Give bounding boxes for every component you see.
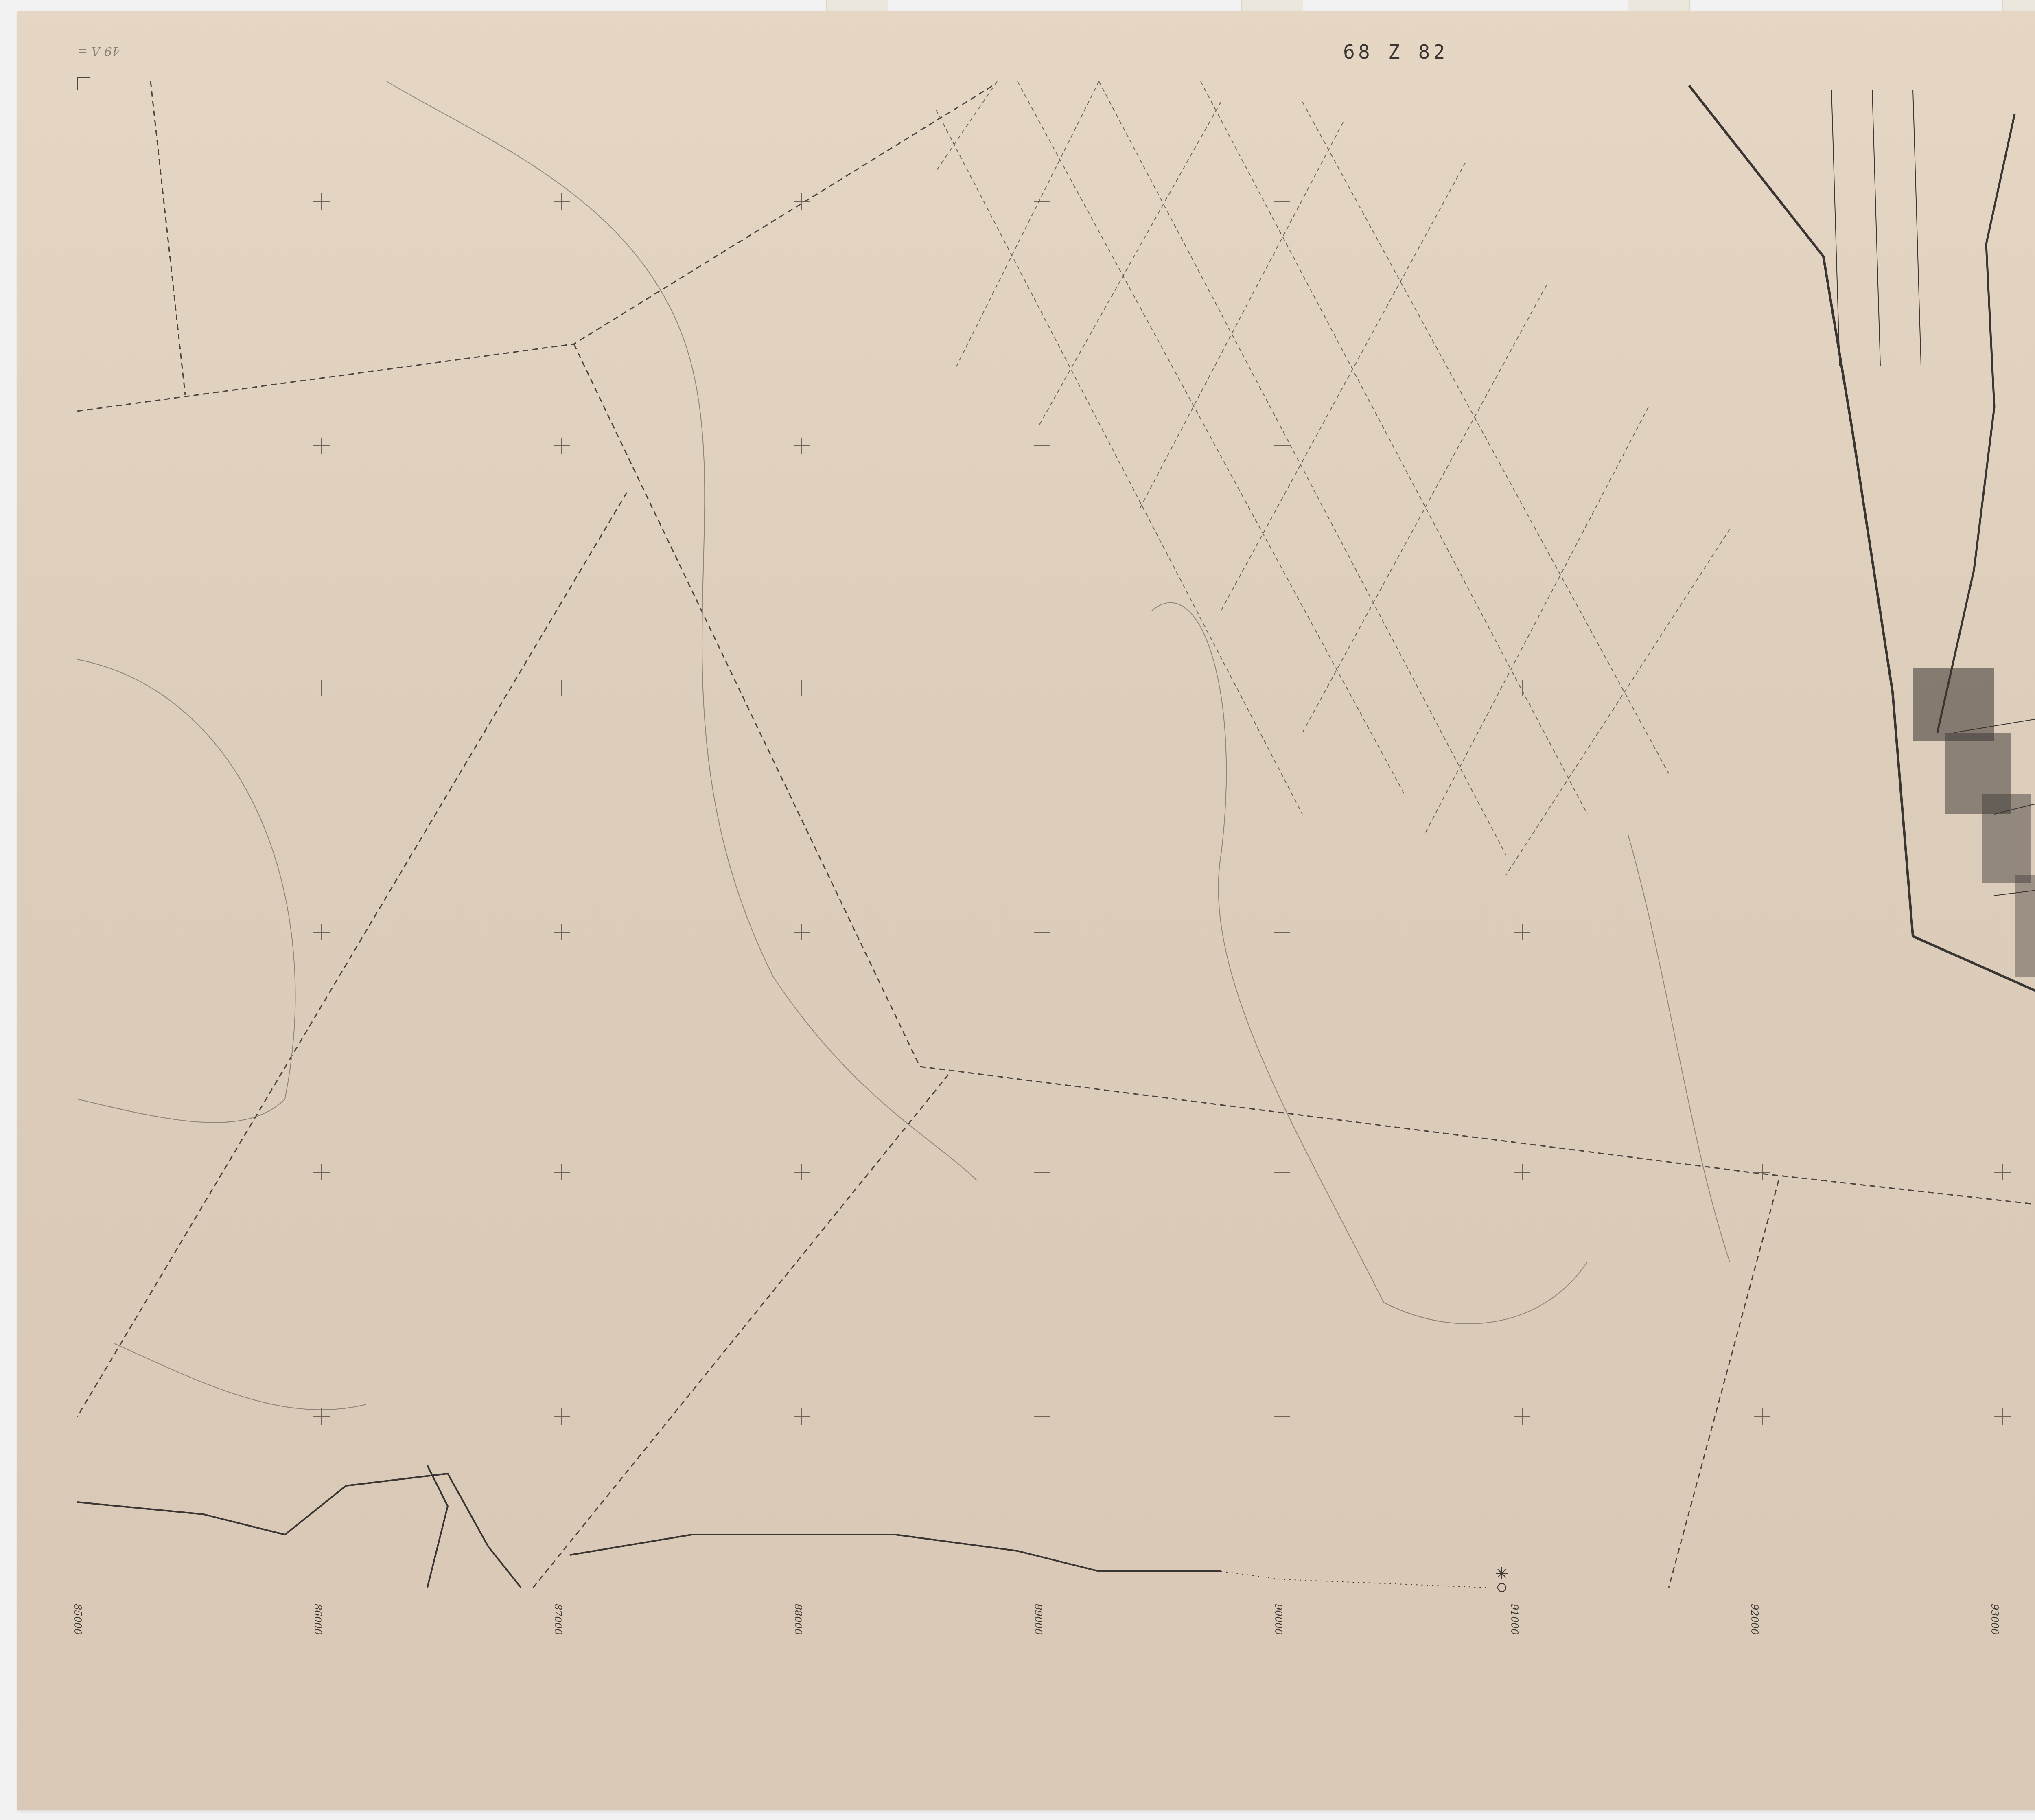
coord-label-bottom: 90000: [1273, 1604, 1284, 1635]
coord-label-bottom: 87000: [552, 1604, 564, 1635]
topographic-map: [0, 0, 2035, 1820]
lighthouse-icon: [1496, 1567, 1508, 1592]
map-sheet: 68 Z 82 49 A = 75500 74000 73000 72000 7…: [0, 0, 2035, 1820]
coord-label-bottom: 85000: [72, 1604, 83, 1635]
coord-label-bottom: 89000: [1033, 1604, 1044, 1635]
coord-label-bottom: 88000: [792, 1604, 804, 1635]
town-buildings: [1913, 668, 2035, 977]
polder-grid: [936, 81, 1730, 875]
sheet-code: 68 Z 82: [1343, 41, 1448, 64]
handwritten-note: 49 A =: [77, 44, 120, 58]
coord-label-bottom: 91000: [1509, 1604, 1520, 1635]
depth-contours: [77, 81, 1730, 1410]
coord-label-bottom: 93000: [1989, 1604, 2000, 1635]
grid-crosses: [313, 193, 2035, 1425]
south-dike: [77, 1465, 1486, 1588]
coord-label-bottom: 86000: [312, 1604, 324, 1635]
coord-label-bottom: 92000: [1749, 1604, 1760, 1635]
boundary-lines: [77, 81, 2035, 1588]
